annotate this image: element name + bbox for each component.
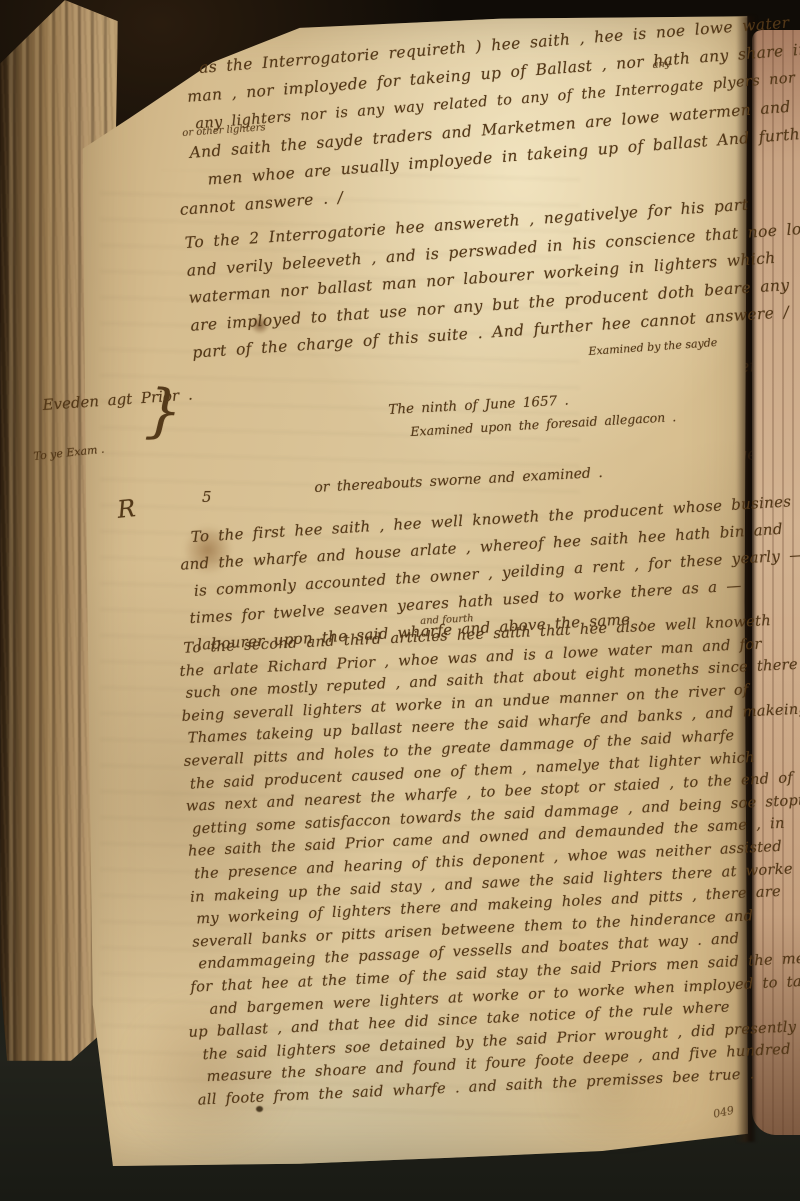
margin-flourish: R [116,494,137,524]
margin-number: 5 [202,488,212,506]
margin-brace: } [144,376,183,445]
paragraph-answer-second-third: To the second and third articles hee sai… [178,608,800,1112]
interlinear-insertion: any [652,58,671,71]
manuscript-photo: { "colors": { "background": "#0c0906", "… [0,0,800,1201]
